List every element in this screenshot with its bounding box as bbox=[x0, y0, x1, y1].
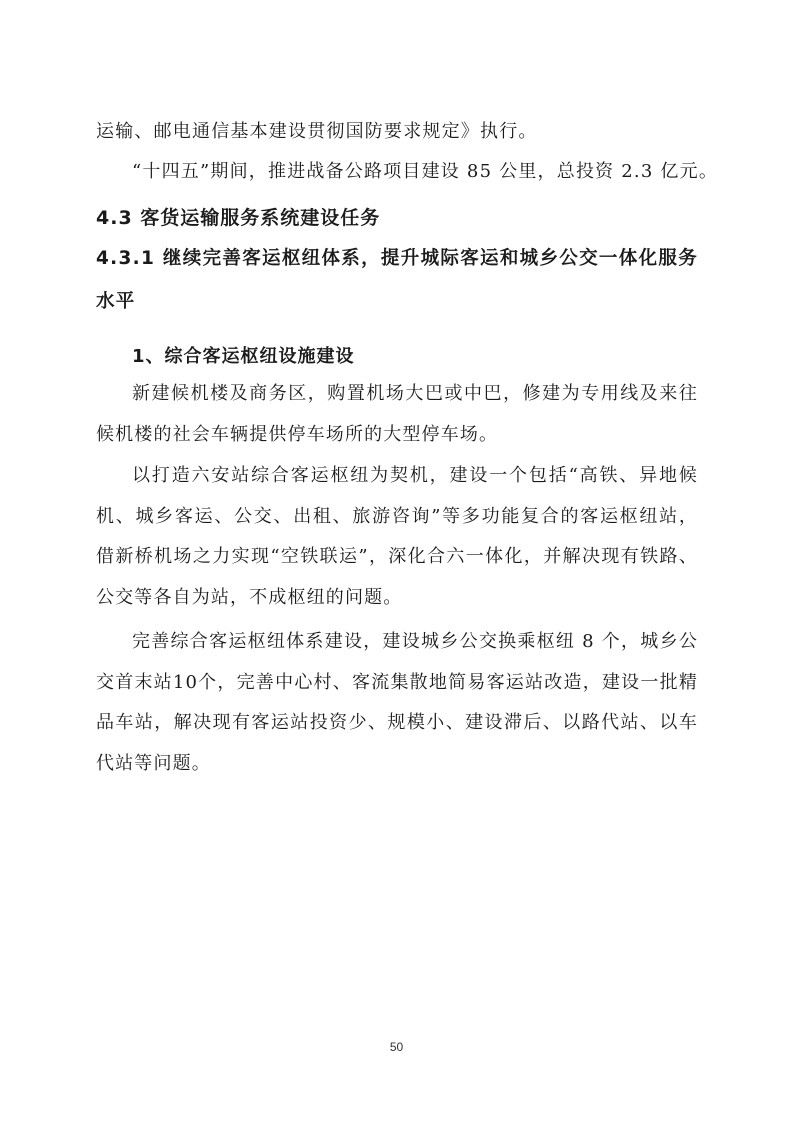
continued-text-line: 运输、邮电通信基本建设贯彻国防要求规定》执行。 bbox=[96, 120, 538, 144]
body-paragraph: 以打造六安站综合客运枢纽为契机，建设一个包括“高铁、异地候机、城乡客运、公交、出… bbox=[96, 456, 698, 618]
section-heading: 4.3 客货运输服务系统建设任务 bbox=[96, 203, 380, 230]
body-paragraph: 新建候机楼及商务区，购置机场大巴或中巴，修建为专用线及来往候机楼的社会车辆提供停… bbox=[96, 374, 698, 455]
body-paragraph: 完善综合客运枢纽体系建设，建设城乡公交换乘枢纽 8 个，城乡公交首末站10个，完… bbox=[96, 622, 698, 784]
page-number: 50 bbox=[0, 1040, 793, 1054]
subsection-heading: 4.3.1 继续完善客运枢纽体系，提升城际客运和城乡公交一体化服务水平 bbox=[96, 237, 698, 323]
plan-paragraph: “十四五”期间，推进战备公路项目建设 85 公里，总投资 2.3 亿元。 bbox=[132, 160, 718, 184]
item-heading: 1、综合客运枢纽设施建设 bbox=[132, 342, 355, 368]
